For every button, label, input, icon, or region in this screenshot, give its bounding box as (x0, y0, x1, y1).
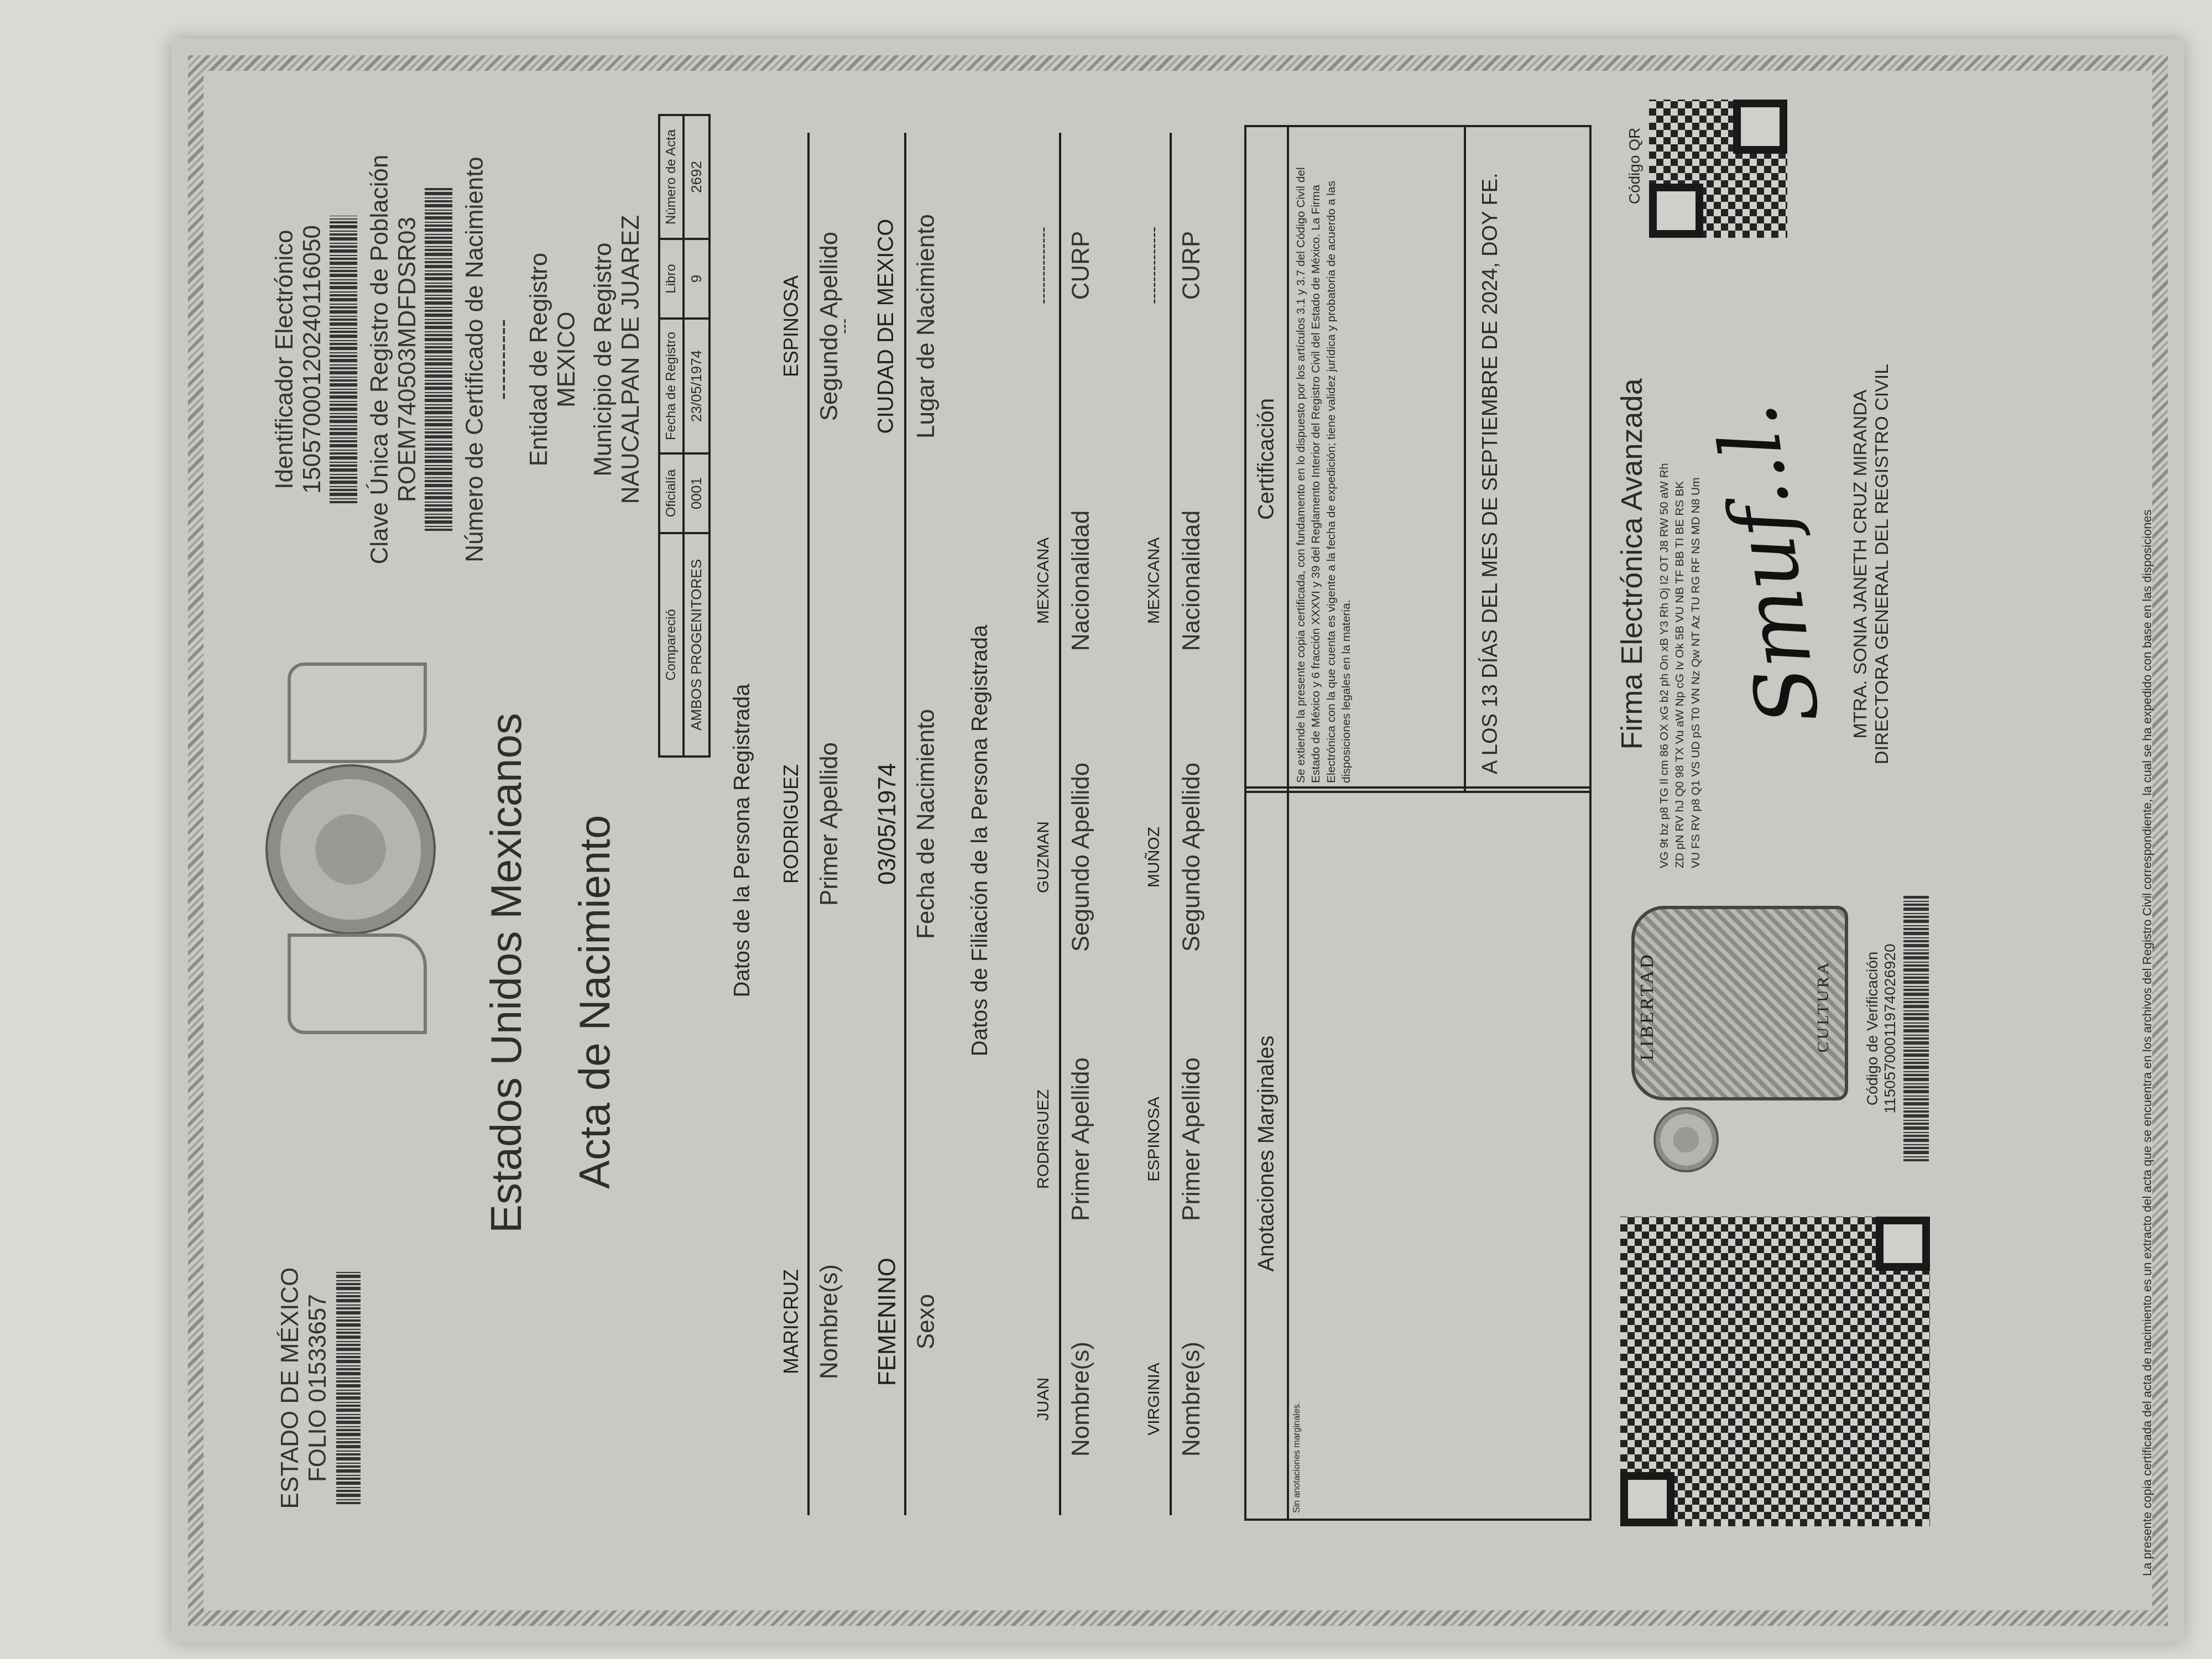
identificador-value: 15057000120240116050 (299, 116, 326, 603)
persona-extra-value: --- (835, 133, 853, 520)
persona-sexo-value: FEMENINO (874, 1128, 901, 1515)
persona-fecha-nacimiento-value: 03/05/1974 (874, 630, 901, 1018)
national-emblem (254, 658, 453, 1045)
persona-primer-apellido-label: Primer Apellido (816, 630, 843, 1018)
verificacion-label: Código de Verificación (1864, 885, 1881, 1172)
madre-curp-value: -------------- (1145, 149, 1164, 382)
municipio-value: NAUCALPAN DE JUAREZ (617, 116, 645, 603)
country-title: Estados Unidos Mexicanos (481, 713, 531, 1233)
cell-fecha-registro: 23/05/1974 (684, 319, 709, 453)
certificado-label: Número de Certificado de Nacimiento (461, 116, 489, 603)
curp-label: Clave Única de Registro de Población (366, 116, 394, 603)
handwritten-signature: Smuf..l. (1678, 256, 1858, 872)
qr-code-large[interactable] (1620, 1217, 1930, 1526)
seal-motto-bottom: CULTURA (1814, 912, 1833, 1100)
small-seal-icon (1653, 1107, 1719, 1172)
municipio-label: Municipio de Registro (589, 116, 617, 603)
persona-fecha-nacimiento-label: Fecha de Nacimiento (912, 630, 940, 1018)
cell-comparecio: AMBOS PROGENITORES (684, 533, 709, 757)
ornament-right-icon (288, 662, 427, 763)
padre-nombre-value: JUAN (1034, 1283, 1053, 1515)
ornament-left-icon (288, 933, 427, 1034)
identificador-label: Identificador Electrónico (271, 116, 299, 603)
header-comparecio: Compareció (659, 533, 684, 757)
footer-text: La presente copia certificada del acta d… (2140, 83, 2154, 1576)
padre-segundo-apellido-value: GUZMAN (1034, 741, 1053, 973)
persona-segundo-apellido-value: ESPINOSA (780, 133, 803, 520)
signer-title: DIRECTORA GENERAL DEL REGISTRO CIVIL (1871, 260, 1893, 868)
certificacion-fecha: A LOS 13 DÍAS DEL MES DE SEPTIEMBRE DE 2… (1466, 127, 1515, 791)
registration-table: Compareció Oficialía Fecha de Registro L… (658, 114, 711, 758)
padre-nacionalidad-value: MEXICANA (1034, 465, 1053, 697)
padre-segundo-apellido-label: Segundo Apellido (1067, 741, 1095, 973)
header-fecha-registro: Fecha de Registro (659, 319, 684, 453)
firma-title: Firma Electrónica Avanzada (1615, 260, 1649, 868)
padre-curp-value: -------------- (1034, 149, 1053, 382)
certificacion-box: Certificación Se extiende la presente co… (1244, 125, 1592, 793)
divider (904, 133, 906, 1515)
madre-curp-label: CURP (1178, 149, 1206, 382)
entidad-value: MEXICO (553, 116, 581, 603)
persona-nombre-label: Nombre(s) (816, 1128, 843, 1515)
header-numero-acta: Número de Acta (659, 115, 684, 239)
divider (1059, 133, 1061, 1515)
certificado-value: ---------- (489, 116, 517, 603)
id-block: Identificador Electrónico 15057000120240… (271, 116, 645, 603)
padre-primer-apellido-label: Primer Apellido (1067, 1023, 1095, 1255)
padre-nombre-label: Nombre(s) (1067, 1283, 1095, 1515)
folio-text: FOLIO 01533657 (304, 1244, 332, 1532)
divider (1170, 133, 1172, 1515)
qr-small-block: Código QR (1626, 94, 1787, 238)
certificacion-text: Se extiende la presente copia certificad… (1289, 127, 1466, 791)
folio-barcode (336, 1272, 361, 1504)
curp-value: ROEM740503MDFDSR03 (394, 116, 421, 603)
seal-motto-top: LIBERTAD (1637, 912, 1658, 1100)
madre-nacionalidad-label: Nacionalidad (1178, 465, 1206, 697)
document-title: Acta de Nacimiento (570, 815, 620, 1189)
header-libro: Libro (659, 239, 684, 319)
persona-sexo-label: Sexo (912, 1128, 940, 1515)
entidad-label: Entidad de Registro (525, 116, 553, 603)
divider (807, 133, 810, 1515)
identificador-barcode (330, 216, 357, 503)
filiacion-section-title: Datos de Filiación de la Persona Registr… (968, 39, 993, 1642)
state-coat-of-arms: LIBERTAD CULTURA (1631, 896, 1853, 1172)
madre-primer-apellido-label: Primer Apellido (1178, 1023, 1206, 1255)
padre-curp-label: CURP (1067, 149, 1095, 382)
firma-hash-line: ZD pN RV hJ Q0 98 TX Vu aW Np cG Iv Ok 5… (1672, 260, 1688, 868)
anotaciones-title: Anotaciones Marginales (1246, 789, 1289, 1519)
padre-nacionalidad-label: Nacionalidad (1067, 465, 1095, 697)
persona-lugar-nacimiento-value: CIUDAD DE MEXICO (874, 133, 899, 520)
certificacion-title: Certificación (1246, 127, 1289, 791)
madre-primer-apellido-value: ESPINOSA (1145, 1023, 1164, 1255)
madre-segundo-apellido-value: MUÑOZ (1145, 741, 1164, 973)
firma-hash-line: VG 9t bz p8 TG Il cm 86 OX xG b2 ph On x… (1657, 260, 1672, 868)
anotaciones-box: Anotaciones Marginales Sin anotaciones m… (1244, 786, 1592, 1521)
madre-segundo-apellido-label: Segundo Apellido (1178, 741, 1206, 973)
cell-oficialia: 0001 (684, 453, 709, 533)
curp-barcode (425, 188, 452, 531)
persona-nombre-value: MARICRUZ (780, 1128, 803, 1515)
cell-libro: 9 (684, 239, 709, 319)
birth-certificate-paper: ESTADO DE MÉXICO FOLIO 01533657 Identifi… (171, 39, 2184, 1642)
padre-primer-apellido-value: RODRIGUEZ (1034, 1023, 1053, 1255)
firma-block: Firma Electrónica Avanzada VG 9t bz p8 T… (1615, 260, 1893, 868)
qr-code-small[interactable] (1649, 100, 1787, 238)
anotaciones-text: Sin anotaciones marginales. (1289, 789, 1306, 1519)
madre-nombre-label: Nombre(s) (1178, 1283, 1206, 1515)
madre-nombre-value: VIRGINIA (1145, 1283, 1164, 1515)
madre-nacionalidad-value: MEXICANA (1145, 465, 1164, 697)
cell-numero-acta: 2692 (684, 115, 709, 239)
signer-name: MTRA. SONIA JANETH CRUZ MIRANDA (1850, 260, 1871, 868)
estado-text: ESTADO DE MÉXICO (276, 1244, 304, 1532)
persona-primer-apellido-value: RODRIGUEZ (780, 630, 803, 1018)
national-seal-icon (265, 764, 436, 935)
state-header: ESTADO DE MÉXICO FOLIO 01533657 (276, 1244, 361, 1532)
verificacion-block: Código de Verificación 11505700011974026… (1864, 885, 1929, 1172)
header-oficialia: Oficialía (659, 453, 684, 533)
persona-lugar-nacimiento-label: Lugar de Nacimiento (912, 133, 940, 520)
verificacion-value: 115057000119740269​20 (1881, 885, 1899, 1172)
qr-label: Código QR (1626, 94, 1644, 238)
verificacion-barcode (1903, 896, 1929, 1161)
persona-section-title: Datos de la Persona Registrada (730, 39, 755, 1642)
